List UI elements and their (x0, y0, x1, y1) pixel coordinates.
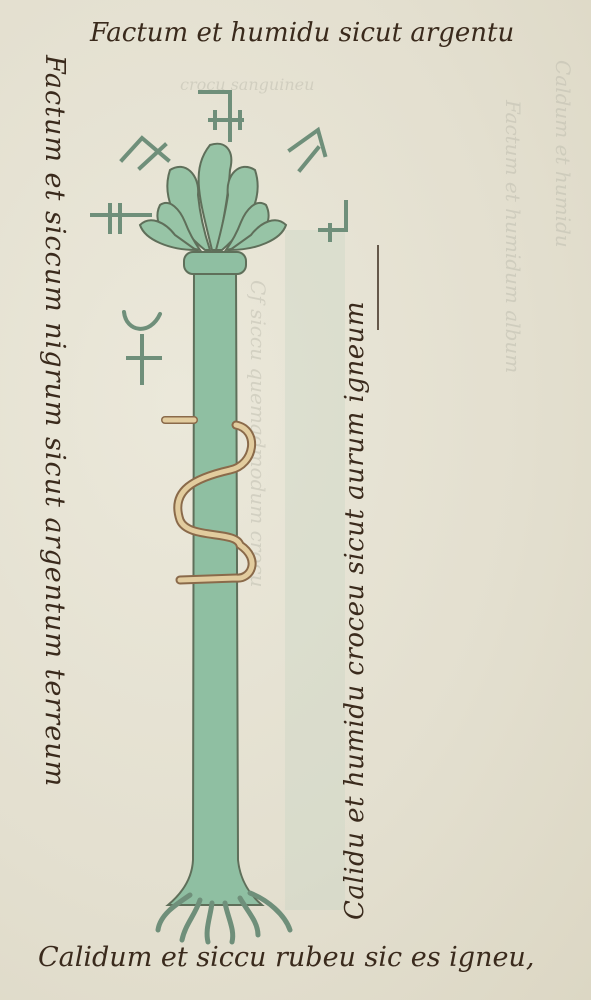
left-caption: Factum et siccum nigrum sicut argentum t… (39, 55, 70, 787)
manuscript-page: Factum et humidum album Caldum et humidu… (0, 0, 591, 1000)
right-caption: Calidu et humidu croceu sicut aurum igne… (340, 301, 370, 920)
tree-illustration (0, 0, 591, 1000)
bottom-caption: Calidum et siccu rubeu sic es igneu, (38, 942, 534, 973)
top-caption: Factum et humidu sicut argentu (90, 18, 514, 48)
